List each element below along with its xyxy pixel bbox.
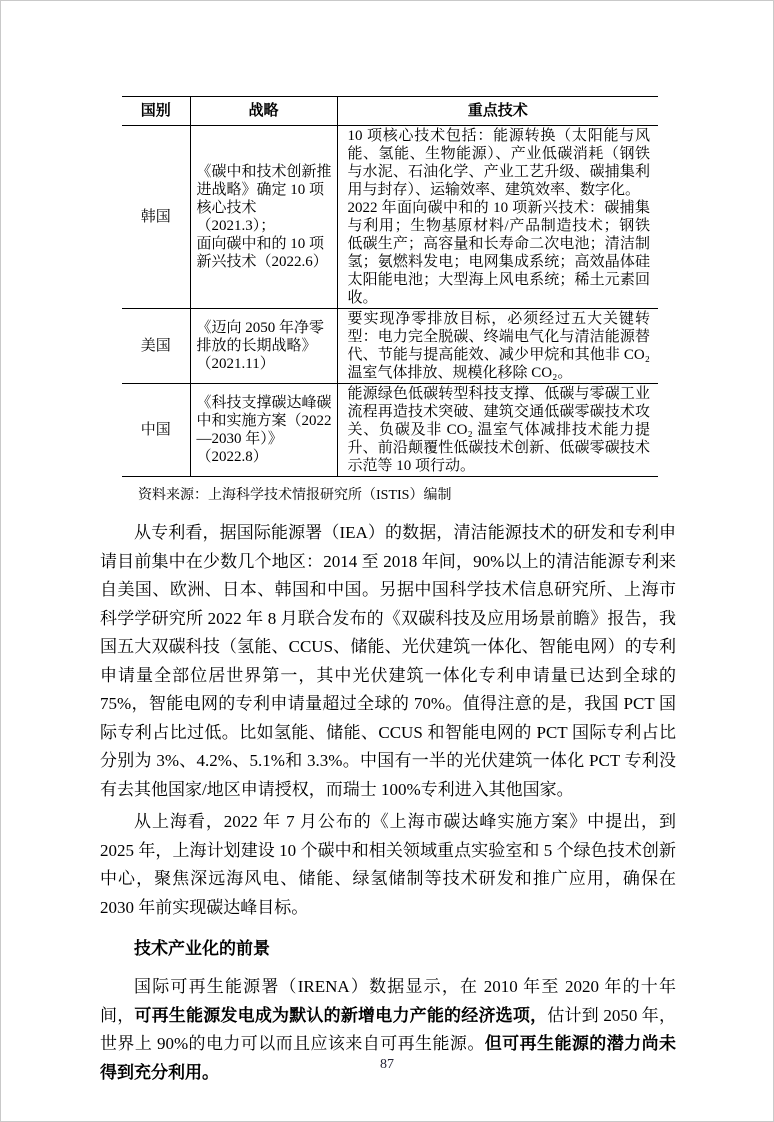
table-source-note: 资料来源：上海科学技术情报研究所（ISTIS）编制: [138, 486, 773, 506]
paragraph-patents: 从专利看，据国际能源署（IEA）的数据，清洁能源技术的研发和专利申请目前集中在少…: [100, 519, 676, 804]
cell-strategy-korea: 《碳中和技术创新推进战略》确定 10 项核心技术（2021.3）； 面向碳中和的…: [190, 126, 337, 309]
cell-key-tech-usa: 要实现净零排放目标，必须经过五大关键转型：电力完全脱碳、终端电气化与清洁能源替代…: [337, 309, 658, 384]
cell-country-usa: 美国: [122, 309, 190, 384]
cell-country-korea: 韩国: [122, 126, 190, 309]
table-header-row: 国别 战略 重点技术: [122, 97, 658, 126]
page-number: 87: [1, 1057, 773, 1073]
paragraph-shanghai: 从上海看，2022 年 7 月公布的《上海市碳达峰实施方案》中提出，到 2025…: [100, 808, 676, 922]
cell-country-china: 中国: [122, 384, 190, 477]
section-heading: 技术产业化的前景: [100, 936, 676, 962]
cell-strategy-usa: 《迈向 2050 年净零排放的长期战略》 （2021.11）: [190, 309, 337, 384]
table-header-strategy: 战略: [190, 97, 337, 126]
table-row-usa: 美国 《迈向 2050 年净零排放的长期战略》 （2021.11） 要实现净零排…: [122, 309, 658, 384]
cell-key-tech-china: 能源绿色低碳转型科技支撑、低碳与零碳工业流程再造技术突破、建筑交通低碳零碳技术攻…: [337, 384, 658, 477]
cell-strategy-china: 《科技支撑碳达峰碳中和实施方案（2022—2030 年）》（2022.8）: [190, 384, 337, 477]
table-header-key-tech: 重点技术: [337, 97, 658, 126]
cell-key-tech-korea: 10 项核心技术包括：能源转换（太阳能与风能、氢能、生物能源）、产业低碳消耗（钢…: [337, 126, 658, 309]
document-page: 国别 战略 重点技术 韩国 《碳中和技术创新推进战略》确定 10 项核心技术（2…: [0, 0, 774, 1122]
table-row-korea: 韩国 《碳中和技术创新推进战略》确定 10 项核心技术（2021.3）； 面向碳…: [122, 126, 658, 309]
table-header-country: 国别: [122, 97, 190, 126]
strategy-table: 国别 战略 重点技术 韩国 《碳中和技术创新推进战略》确定 10 项核心技术（2…: [122, 96, 658, 477]
table-row-china: 中国 《科技支撑碳达峰碳中和实施方案（2022—2030 年）》（2022.8）…: [122, 384, 658, 477]
irena-text-bold-1: 可再生能源发电成为默认的新增电力产能的经济选项，: [134, 1006, 547, 1025]
